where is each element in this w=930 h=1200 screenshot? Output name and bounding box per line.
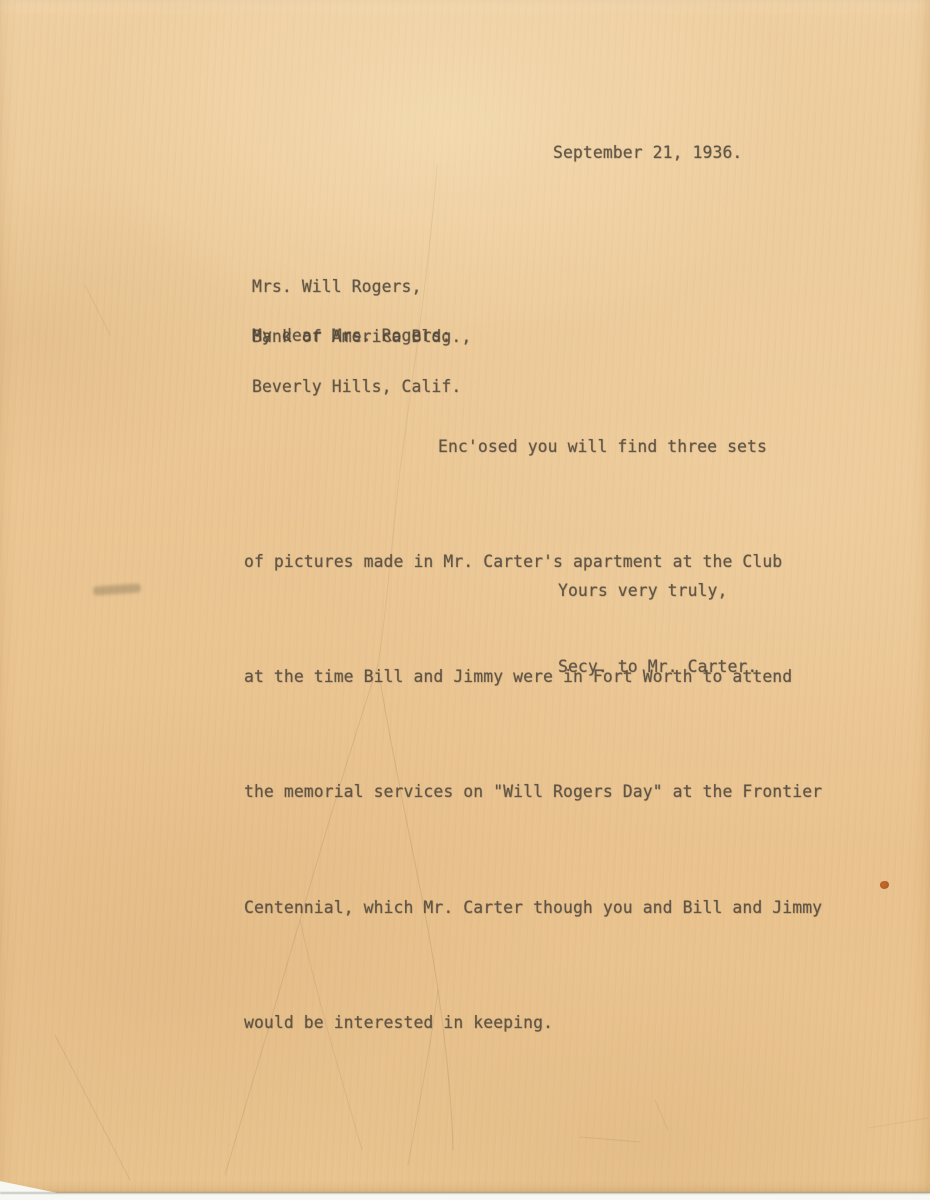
body-line: the memorial services on "Will Rogers Da… bbox=[244, 773, 844, 811]
body-line: would be interested in keeping. bbox=[244, 1004, 844, 1042]
signature-line: Secy. to Mr. Carter. bbox=[558, 657, 757, 676]
body-line: of pictures made in Mr. Carter's apartme… bbox=[244, 543, 844, 581]
closing: Yours very truly, bbox=[558, 581, 727, 600]
body-line: Centennial, which Mr. Carter though you … bbox=[244, 889, 844, 927]
salutation: My dear Mrs. Rogers: bbox=[252, 326, 451, 345]
letter-page: September 21, 1936. Mrs. Will Rogers, Ba… bbox=[0, 0, 930, 1193]
scanned-letter-frame: September 21, 1936. Mrs. Will Rogers, Ba… bbox=[0, 0, 930, 1200]
paper-stain bbox=[880, 881, 889, 889]
letter-body: Enc'osed you will find three sets of pic… bbox=[244, 351, 844, 1119]
body-line: Enc'osed you will find three sets bbox=[244, 428, 844, 466]
address-line: Mrs. Will Rogers, bbox=[252, 279, 471, 296]
paper-bottom-edge bbox=[0, 1192, 930, 1194]
date-line: September 21, 1936. bbox=[553, 143, 742, 162]
pencil-smudge bbox=[93, 583, 142, 595]
